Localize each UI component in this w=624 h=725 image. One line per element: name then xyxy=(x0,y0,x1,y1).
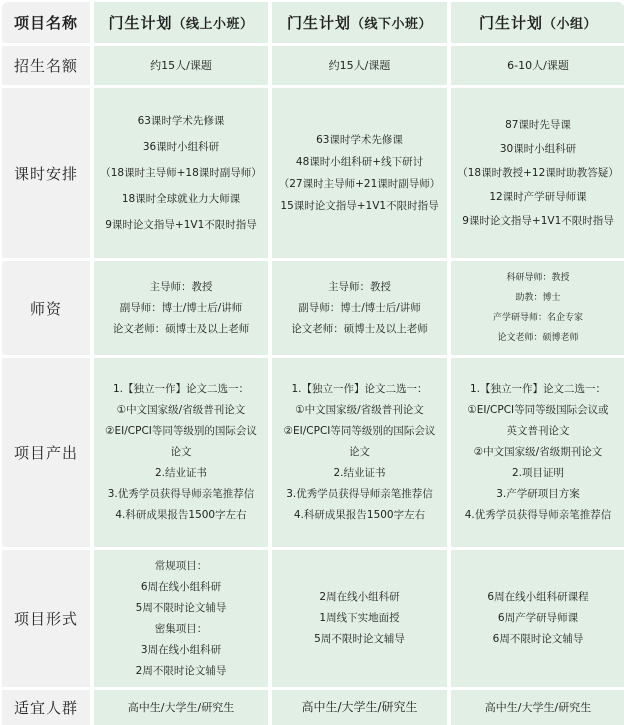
output-line: 4.科研成果报告1500字左右 xyxy=(294,505,425,526)
schedule-line: 9课时论文指导+1V1不限时指导 xyxy=(462,209,614,233)
faculty-line: 副导师：博士/博士后/讲师 xyxy=(120,298,243,319)
faculty-line: 论文老师：硕博老师 xyxy=(497,328,578,348)
format-line: 2周在线小组科研 xyxy=(319,587,399,608)
format-cell: 6周在线小组科研课程 6周产学研导师课 6周不限时论文辅导 xyxy=(451,550,624,687)
row-label-text: 项目形式 xyxy=(14,608,78,629)
row-label-format: 项目形式 xyxy=(2,550,90,687)
header-corner-cell: 项目名称 xyxy=(2,2,90,43)
column-header-online-class: 门生计划（线上小班） xyxy=(94,2,268,43)
faculty-cell: 主导师：教授 副导师：博士/博士后/讲师 论文老师：硕博士及以上老师 xyxy=(272,261,447,355)
schedule-line: 18课时全球就业力大师课 xyxy=(122,186,240,212)
output-line: ①中文国家级/省级普刊论文 xyxy=(295,400,423,421)
output-line: 2.结业证书 xyxy=(155,463,207,484)
audience-value: 高中生/大学生/研究生 xyxy=(485,697,591,718)
output-cell: 1.【独立一作】论文二选一： ①EI/CPCI等同等级国际会议或 英文普刊论文 … xyxy=(451,358,624,547)
format-line: 6周不限时论文辅导 xyxy=(493,629,584,650)
row-label-text: 课时安排 xyxy=(14,163,78,184)
schedule-line: （27课时主导师+21课时副导师） xyxy=(279,173,441,195)
format-line: 5周不限时论文辅导 xyxy=(314,629,405,650)
audience-value: 高中生/大学生/研究生 xyxy=(301,697,417,718)
output-line: 1.【独立一作】论文二选一： xyxy=(113,379,249,400)
column-subtitle: （线上小班） xyxy=(173,17,254,32)
output-line: 4.优秀学员获得导师亲笔推荐信 xyxy=(465,505,612,526)
schedule-line: 9课时论文指导+1V1不限时指导 xyxy=(105,212,257,238)
audience-cell: 高中生/大学生/研究生 xyxy=(451,690,624,724)
column-subtitle: （小组） xyxy=(543,17,597,32)
faculty-cell: 主导师：教授 副导师：博士/博士后/讲师 论文老师：硕博士及以上老师 xyxy=(94,261,268,355)
row-label-audience: 适宜人群 xyxy=(2,690,90,724)
output-line: 1.【独立一作】论文二选一： xyxy=(470,379,606,400)
output-line: ②EI/CPCI等同等级别的国际会议 xyxy=(284,421,436,442)
column-subtitle: （线下小班） xyxy=(351,17,432,32)
quota-cell: 6-10人/课题 xyxy=(451,46,624,85)
faculty-line: 主导师：教授 xyxy=(150,277,213,298)
quota-cell: 约15人/课题 xyxy=(272,46,447,85)
quota-value: 约15人/课题 xyxy=(150,55,212,76)
schedule-cell: 87课时先导课 30课时小组科研 （18课时教授+12课时助教答疑） 12课时产… xyxy=(451,88,624,258)
row-label-text: 项目产出 xyxy=(14,442,78,463)
schedule-cell: 63课时学术先修课 36课时小组科研 （18课时主导师+18课时副导师） 18课… xyxy=(94,88,268,258)
format-cell: 常规项目： 6周在线小组科研 5周不限时论文辅导 密集项目： 3周在线小组科研 … xyxy=(94,550,268,687)
column-title: 门生计划（线下小班） xyxy=(287,12,432,33)
format-line: 6周在线小组科研 xyxy=(141,577,221,598)
format-line: 2周不限时论文辅导 xyxy=(136,661,227,682)
audience-cell: 高中生/大学生/研究生 xyxy=(94,690,268,724)
column-title-text: 门生计划 xyxy=(479,14,543,32)
format-line: 3周在线小组科研 xyxy=(141,640,221,661)
schedule-line: 15课时论文指导+1V1不限时指导 xyxy=(280,195,438,217)
schedule-line: 63课时学术先修课 xyxy=(138,108,225,134)
format-line: 5周不限时论文辅导 xyxy=(136,598,227,619)
output-line: 英文普刊论文 xyxy=(507,421,570,442)
format-line: 6周在线小组科研课程 xyxy=(487,587,588,608)
output-line: 1.【独立一作】论文二选一： xyxy=(291,379,427,400)
faculty-line: 科研导师：教授 xyxy=(506,268,569,288)
faculty-line: 产学研导师：名企专家 xyxy=(493,308,583,328)
format-line: 6周产学研导师课 xyxy=(498,608,578,629)
audience-value: 高中生/大学生/研究生 xyxy=(128,697,234,718)
row-label-text: 适宜人群 xyxy=(14,697,78,718)
output-cell: 1.【独立一作】论文二选一： ①中文国家级/省级普刊论文 ②EI/CPCI等同等… xyxy=(272,358,447,547)
schedule-line: 48课时小组科研+线下研讨 xyxy=(296,151,423,173)
output-line: 论文 xyxy=(349,442,370,463)
row-label-text: 师资 xyxy=(30,298,62,319)
faculty-line: 论文老师：硕博士及以上老师 xyxy=(291,319,428,340)
comparison-table: 项目名称 门生计划（线上小班） 门生计划（线下小班） 门生计划（小组） 招生名额… xyxy=(2,2,624,724)
output-line: 4.科研成果报告1500字左右 xyxy=(115,505,246,526)
row-label-output: 项目产出 xyxy=(2,358,90,547)
quota-value: 约15人/课题 xyxy=(329,55,391,76)
faculty-line: 论文老师：硕博士及以上老师 xyxy=(113,319,250,340)
schedule-line: （18课时主导师+18课时副导师） xyxy=(100,160,262,186)
output-line: 3.优秀学员获得导师亲笔推荐信 xyxy=(286,484,433,505)
output-line: ①EI/CPCI等同等级国际会议或 xyxy=(467,400,608,421)
schedule-line: 87课时先导课 xyxy=(505,113,571,137)
format-line: 1周线下实地面授 xyxy=(319,608,399,629)
output-cell: 1.【独立一作】论文二选一： ①中文国家级/省级普刊论文 ②EI/CPCI等同等… xyxy=(94,358,268,547)
column-header-group: 门生计划（小组） xyxy=(451,2,624,43)
schedule-line: 63课时学术先修课 xyxy=(316,129,403,151)
output-line: 3.优秀学员获得导师亲笔推荐信 xyxy=(108,484,255,505)
faculty-cell: 科研导师：教授 助教：博士 产学研导师：名企专家 论文老师：硕博老师 xyxy=(451,261,624,355)
format-cell: 2周在线小组科研 1周线下实地面授 5周不限时论文辅导 xyxy=(272,550,447,687)
output-line: 论文 xyxy=(171,442,192,463)
row-label-text: 招生名额 xyxy=(14,55,78,76)
output-line: 2.项目证明 xyxy=(512,463,564,484)
schedule-line: （18课时教授+12课时助教答疑） xyxy=(457,161,619,185)
schedule-line: 36课时小组科研 xyxy=(143,134,219,160)
row-label-faculty: 师资 xyxy=(2,261,90,355)
format-line: 密集项目： xyxy=(155,619,208,640)
column-title: 门生计划（小组） xyxy=(479,12,597,33)
faculty-line: 助教：博士 xyxy=(515,288,560,308)
output-line: ①中文国家级/省级普刊论文 xyxy=(117,400,245,421)
column-title: 门生计划（线上小班） xyxy=(108,12,253,33)
faculty-line: 主导师：教授 xyxy=(328,277,391,298)
audience-cell: 高中生/大学生/研究生 xyxy=(272,690,447,724)
quota-value: 6-10人/课题 xyxy=(507,55,569,76)
output-line: ②中文国家级/省级期刊论文 xyxy=(474,442,602,463)
schedule-line: 30课时小组科研 xyxy=(500,137,576,161)
output-line: 2.结业证书 xyxy=(333,463,385,484)
column-title-text: 门生计划 xyxy=(108,14,172,32)
column-title-text: 门生计划 xyxy=(287,14,351,32)
row-label-quota: 招生名额 xyxy=(2,46,90,85)
schedule-cell: 63课时学术先修课 48课时小组科研+线下研讨 （27课时主导师+21课时副导师… xyxy=(272,88,447,258)
output-line: 3.产学研项目方案 xyxy=(496,484,580,505)
quota-cell: 约15人/课题 xyxy=(94,46,268,85)
schedule-line: 12课时产学研导师课 xyxy=(489,185,586,209)
column-header-offline-class: 门生计划（线下小班） xyxy=(272,2,447,43)
faculty-line: 副导师：博士/博士后/讲师 xyxy=(298,298,421,319)
row-label-schedule: 课时安排 xyxy=(2,88,90,258)
corner-label: 项目名称 xyxy=(14,12,78,33)
output-line: ②EI/CPCI等同等级别的国际会议 xyxy=(105,421,257,442)
format-line: 常规项目： xyxy=(155,556,208,577)
